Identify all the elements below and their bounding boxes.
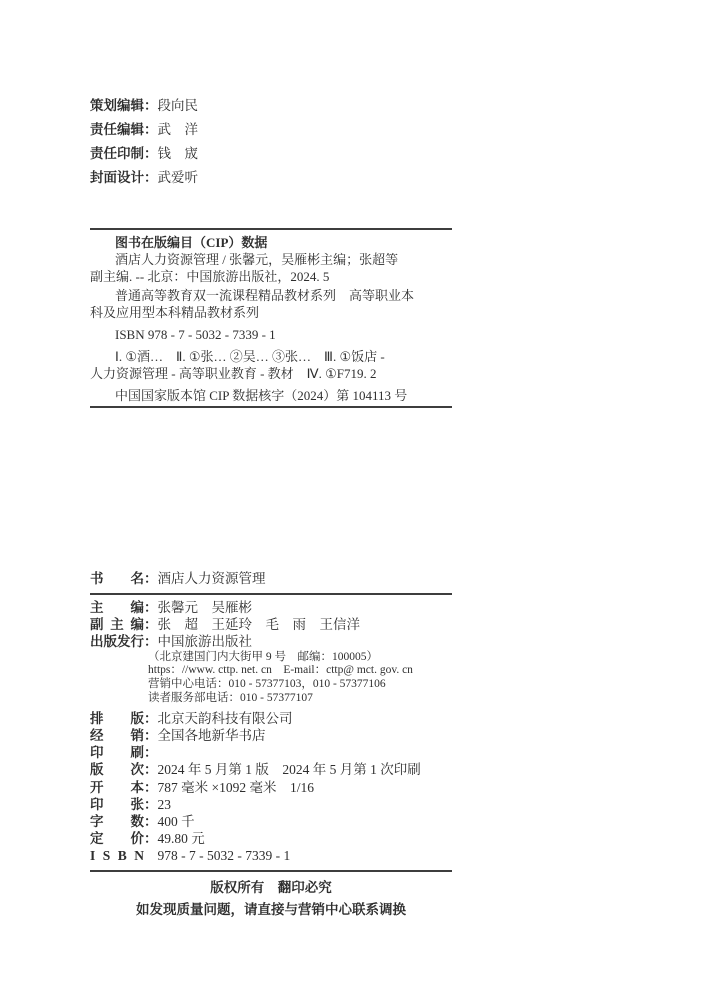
field-label: 印刷 (90, 744, 144, 761)
edition-info: 2024 年 5 月第 1 版 2024 年 5 月第 1 次印刷 (158, 762, 421, 777)
editor-credits: 策划编辑：段向民 责任编辑：武 洋 责任印制：钱 宬 封面设计：武爱听 (90, 94, 198, 190)
printing-row: 印刷： (90, 744, 452, 761)
field-label: 字数 (90, 813, 144, 830)
field-colon: ： (144, 711, 158, 726)
credit-row-print-supervisor: 责任印制：钱 宬 (90, 142, 198, 166)
field-colon: ： (144, 571, 158, 586)
cip-series-line-2: 科及应用型本科精品教材系列 (90, 304, 452, 321)
field-colon: ： (144, 617, 158, 632)
publisher-website-email: https：//www. cttp. net. cn E-mail：cttp@ … (90, 664, 452, 678)
publisher-address: （北京建国门内大街甲 9 号 邮编：100005） (90, 651, 452, 665)
field-label: 书名 (90, 569, 144, 588)
sheets-row: 印张：23 (90, 796, 452, 813)
copyright-notice: 版权所有 翻印必究 (90, 878, 452, 898)
credit-colon: ： (144, 146, 158, 161)
cip-series-line-1: 普通高等教育双一流课程精品教材系列 高等职业本 (90, 287, 452, 304)
field-label: 开本 (90, 779, 144, 796)
publication-info: 书名：酒店人力资源管理 主编：张馨元 吴雁彬 副主编：张 超 王延玲 毛 雨 王… (90, 569, 452, 921)
field-colon: ： (144, 634, 158, 649)
word-count: 400 千 (158, 814, 195, 829)
credit-colon: ： (144, 122, 158, 137)
credit-row-responsible-editor: 责任编辑：武 洋 (90, 118, 198, 142)
field-label: I S B N (90, 847, 144, 864)
book-title-row: 书名：酒店人力资源管理 (90, 569, 452, 588)
field-colon: ： (144, 728, 158, 743)
cip-classification-line-2: 人力资源管理 - 高等职业教育 - 教材 Ⅳ. ①F719. 2 (90, 365, 452, 382)
field-label: 经销 (90, 727, 144, 744)
format-size: 787 毫米 ×1092 毫米 1/16 (158, 780, 315, 795)
distributor: 全国各地新华书店 (158, 728, 266, 743)
publisher-name: 中国旅游出版社 (158, 634, 253, 649)
publisher-contact-lines: （北京建国门内大街甲 9 号 邮编：100005） https：//www. c… (90, 651, 452, 706)
cip-description-line-1: 酒店人力资源管理 / 张馨元，吴雁彬主编；张超等 (90, 251, 452, 268)
field-colon: ： (144, 600, 158, 615)
credit-label: 责任印制 (90, 146, 144, 161)
deputy-editors: 张 超 王延玲 毛 雨 王信洋 (158, 617, 361, 632)
cip-title: 图书在版编目（CIP）数据 (90, 234, 452, 251)
isbn-row: I S B N 978 - 7 - 5032 - 7339 - 1 (90, 847, 452, 864)
cip-bottom-rule (90, 406, 452, 408)
printing-rows: 排版：北京天韵科技有限公司 经销：全国各地新华书店 印刷： 版次：2024 年 … (90, 710, 452, 865)
price: 49.80 元 (158, 831, 205, 846)
edition-row: 版次：2024 年 5 月第 1 版 2024 年 5 月第 1 次印刷 (90, 761, 452, 778)
typesetting-row: 排版：北京天韵科技有限公司 (90, 710, 452, 727)
cip-description-line-2: 副主编. -- 北京：中国旅游出版社，2024. 5 (90, 268, 452, 285)
word-count-row: 字数：400 千 (90, 813, 452, 830)
marketing-phone: 营销中心电话：010 - 57377103，010 - 57377106 (90, 678, 452, 692)
field-colon (144, 848, 158, 863)
field-colon: ： (144, 745, 158, 760)
field-label: 排版 (90, 710, 144, 727)
field-label: 主编 (90, 599, 144, 616)
distribution-row: 经销：全国各地新华书店 (90, 727, 452, 744)
field-colon: ： (144, 831, 158, 846)
sheet-count: 23 (158, 797, 172, 812)
credit-row-cover-designer: 封面设计：武爱听 (90, 166, 198, 190)
field-colon: ： (144, 814, 158, 829)
credit-value: 段向民 (158, 98, 199, 113)
field-label: 定价 (90, 830, 144, 847)
field-colon: ： (144, 762, 158, 777)
credit-row-planning-editor: 策划编辑：段向民 (90, 94, 198, 118)
field-label: 副主编 (90, 616, 144, 633)
chief-editors: 张馨元 吴雁彬 (158, 600, 253, 615)
editors-rows: 主编：张馨元 吴雁彬 副主编：张 超 王延玲 毛 雨 王信洋 出版发行：中国旅游… (90, 599, 452, 651)
credit-label: 责任编辑 (90, 122, 144, 137)
quality-notice: 如发现质量问题，请直接与营销中心联系调换 (90, 898, 452, 921)
deputy-editor-row: 副主编：张 超 王延玲 毛 雨 王信洋 (90, 616, 452, 633)
credit-value: 武爱听 (158, 170, 199, 185)
price-row: 定价：49.80 元 (90, 830, 452, 847)
reader-service-phone: 读者服务部电话：010 - 57377107 (90, 692, 452, 706)
cip-top-rule (90, 228, 452, 230)
field-label: 版次 (90, 761, 144, 778)
cip-block: 图书在版编目（CIP）数据 酒店人力资源管理 / 张馨元，吴雁彬主编；张超等 副… (90, 228, 452, 408)
typesetting-company: 北京天韵科技有限公司 (158, 711, 293, 726)
field-label: 印张 (90, 796, 144, 813)
chief-editor-row: 主编：张馨元 吴雁彬 (90, 599, 452, 616)
credit-label: 策划编辑 (90, 98, 144, 113)
copyright-page: { "credits": { "rows": [ { "label": "策划编… (0, 0, 722, 1007)
publisher-row: 出版发行：中国旅游出版社 (90, 633, 452, 650)
format-row: 开本：787 毫米 ×1092 毫米 1/16 (90, 779, 452, 796)
credit-label: 封面设计 (90, 170, 144, 185)
credit-colon: ： (144, 98, 158, 113)
cip-record-number: 中国国家版本馆 CIP 数据核字（2024）第 104113 号 (90, 387, 452, 404)
field-colon: ： (144, 780, 158, 795)
credit-value: 钱 宬 (158, 146, 199, 161)
isbn-number: 978 - 7 - 5032 - 7339 - 1 (158, 848, 291, 863)
field-colon: ： (144, 797, 158, 812)
cip-classification-line-1: Ⅰ. ①酒… Ⅱ. ①张… ②吴… ③张… Ⅲ. ①饭店 - (90, 348, 452, 365)
title-rule (90, 593, 452, 595)
book-title: 酒店人力资源管理 (158, 571, 266, 586)
field-label: 出版发行 (90, 633, 144, 650)
credit-colon: ： (144, 170, 158, 185)
credit-value: 武 洋 (158, 122, 199, 137)
cip-isbn: ISBN 978 - 7 - 5032 - 7339 - 1 (90, 326, 452, 343)
footer-rule (90, 870, 452, 872)
